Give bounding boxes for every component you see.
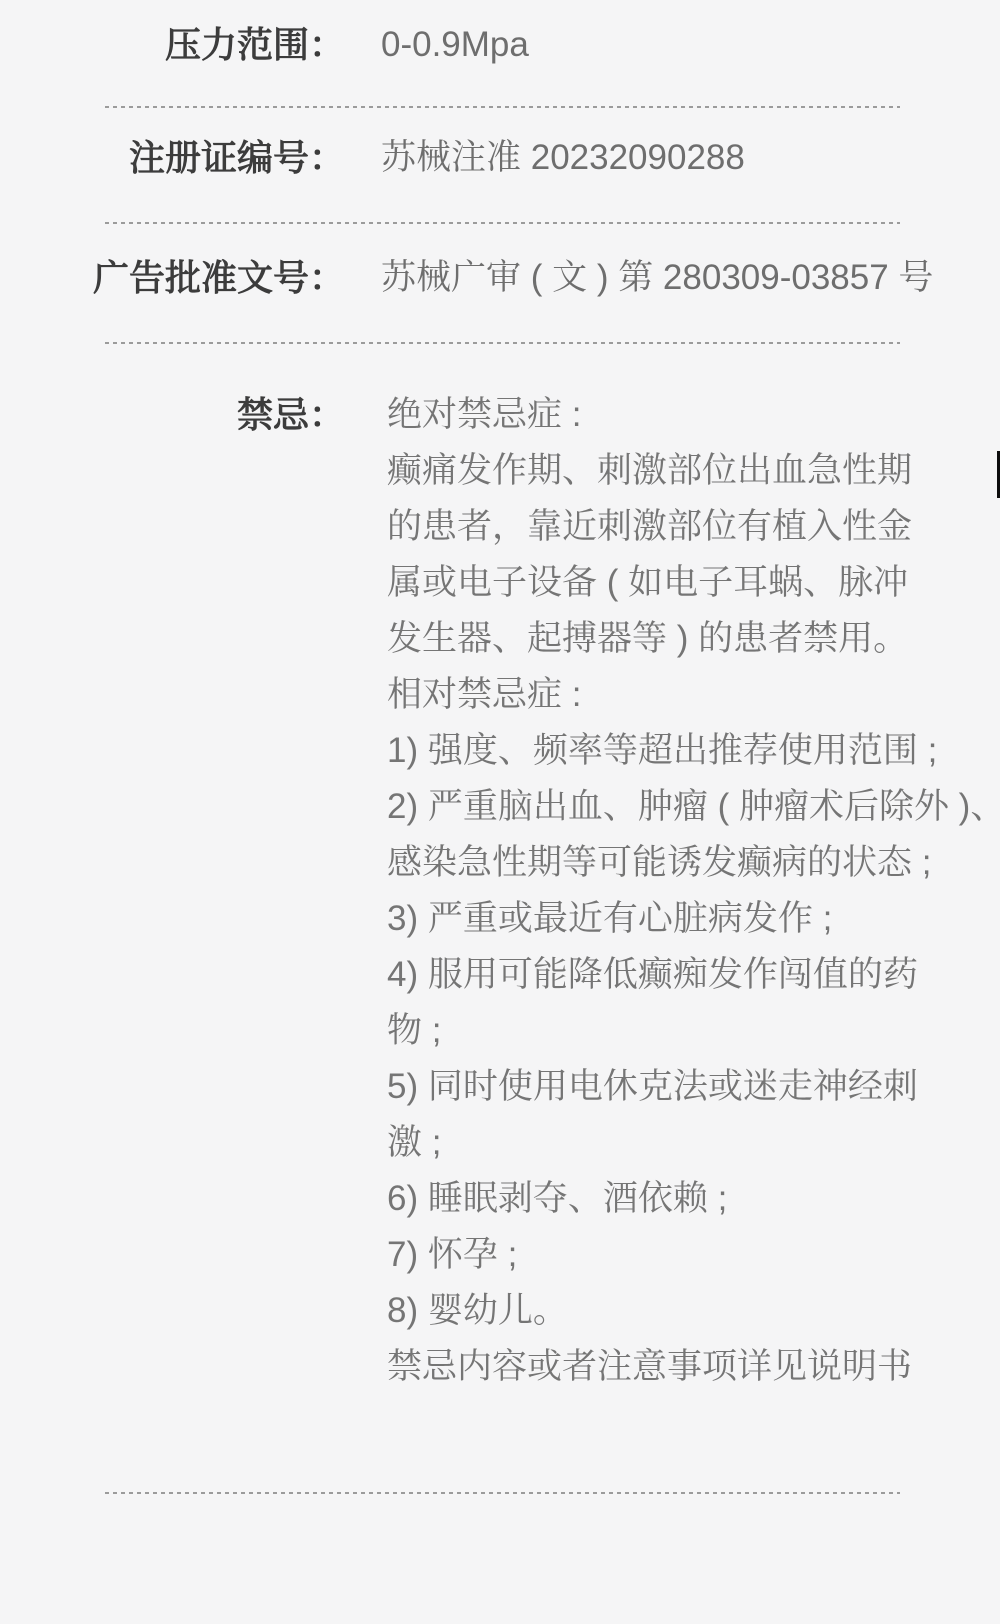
ad-approval-number-label: 广告批准文号：	[0, 250, 345, 306]
pressure-range-label: 压力范围：	[0, 17, 345, 73]
spec-row-ad-approval-number: 广告批准文号： 苏械广审 ( 文 ) 第 280309-03857 号	[0, 250, 1000, 306]
contraindication-line: 禁忌内容或者注意事项详见说明书	[387, 1339, 1000, 1395]
contraindication-line: 5) 同时使用电休克法或迷走神经刺	[387, 1059, 1000, 1115]
contraindications-section: 禁忌： 绝对禁忌症 : 癫痛发作期、刺激部位出血急性期 的患者，靠近刺激部位有植…	[0, 387, 1000, 1395]
divider	[105, 342, 900, 344]
contraindications-label: 禁忌：	[0, 387, 345, 443]
contraindication-line: 物 ;	[387, 1003, 1000, 1059]
registration-number-value: 苏械注准 20232090288	[381, 130, 745, 186]
contraindication-line: 属或电子设备 ( 如电子耳蜗、脉冲	[387, 555, 1000, 611]
spec-row-pressure-range: 压力范围： 0-0.9Mpa	[0, 17, 1000, 73]
contraindication-line: 1) 强度、频率等超出推荐使用范围 ;	[387, 723, 1000, 779]
ad-approval-number-value: 苏械广审 ( 文 ) 第 280309-03857 号	[381, 250, 933, 306]
contraindication-line: 的患者，靠近刺激部位有植入性金	[387, 499, 1000, 555]
registration-number-label: 注册证编号：	[0, 130, 345, 186]
contraindication-line: 绝对禁忌症 :	[387, 387, 1000, 443]
contraindication-line: 相对禁忌症 :	[387, 667, 1000, 723]
contraindication-line: 发生器、起搏器等 ) 的患者禁用。	[387, 611, 1000, 667]
contraindication-line: 3) 严重或最近有心脏病发作 ;	[387, 891, 1000, 947]
contraindication-line: 8) 婴幼儿。	[387, 1283, 1000, 1339]
spec-row-registration-number: 注册证编号： 苏械注准 20232090288	[0, 130, 1000, 186]
contraindications-content: 绝对禁忌症 : 癫痛发作期、刺激部位出血急性期 的患者，靠近刺激部位有植入性金 …	[387, 387, 1000, 1395]
contraindication-line: 癫痛发作期、刺激部位出血急性期	[387, 443, 1000, 499]
contraindication-line: 7) 怀孕 ;	[387, 1227, 1000, 1283]
pressure-range-value: 0-0.9Mpa	[381, 17, 529, 73]
divider	[105, 106, 900, 108]
contraindication-line: 2) 严重脑出血、肿瘤 ( 肿瘤术后除外 )、	[387, 779, 1000, 835]
product-detail-specs-page: 压力范围： 0-0.9Mpa 注册证编号： 苏械注准 20232090288 广…	[0, 0, 1000, 1624]
divider	[105, 1492, 900, 1494]
contraindication-line: 6) 睡眠剥夺、酒依赖 ;	[387, 1171, 1000, 1227]
divider	[105, 222, 900, 224]
contraindication-line: 激 ;	[387, 1115, 1000, 1171]
contraindication-line: 感染急性期等可能诱发癫病的状态 ;	[387, 835, 1000, 891]
contraindication-line: 4) 服用可能降低癫痴发作闯值的药	[387, 947, 1000, 1003]
